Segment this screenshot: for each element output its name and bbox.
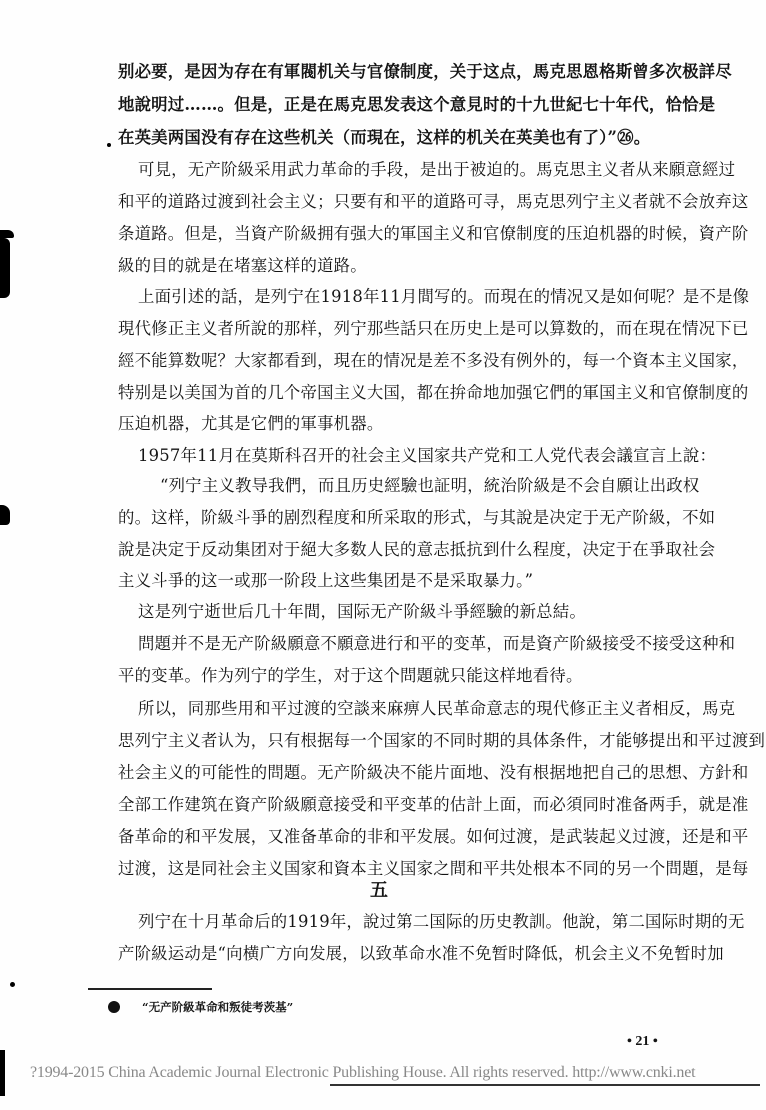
text-line: 問題并不是无产阶級願意不願意进行和平的变革，而是資产阶級接受不接受这种和 <box>138 632 684 656</box>
text-line: 1957年11月在莫斯科召开的社会主义国家共产党和工人党代表会議宣言上說： <box>138 444 684 468</box>
scan-dot <box>107 143 111 147</box>
text-line: 产阶級运动是“向横广方向发展，以致革命水准不免暂时降低，机会主义不免暂时加 <box>118 942 684 966</box>
copyright-notice: ?1994-2015 China Academic Journal Electr… <box>30 1064 695 1082</box>
text-line: 思列宁主义者认为，只有根据每一个国家的不同时期的具体条件，才能够提出和平过渡到 <box>118 729 684 753</box>
text-line: 可見，无产阶級采用武力革命的手段，是出于被迫的。馬克思主义者从来願意經过 <box>138 158 684 182</box>
text-line: 过渡，这是同社会主义国家和資本主义国家之間和平共处根本不同的另一个問題，是每 <box>118 857 684 881</box>
quote-line: 的。这样，阶級斗爭的剧烈程度和所采取的形式，与其說是决定于无产阶級，不如 <box>118 506 684 530</box>
section-heading: 五 <box>370 876 388 902</box>
footnote-rule <box>88 988 212 990</box>
text-line: 这是列宁逝世后几十年間，国际无产阶級斗爭經驗的新总結。 <box>138 600 684 624</box>
text-line: 經不能算数呢？大家都看到，現在的情况是差不多没有例外的，每一个資本主义国家， <box>118 349 684 373</box>
text-line: 社会主义的可能性的問題。无产阶級决不能片面地、没有根据地把自己的思想、方針和 <box>118 761 684 785</box>
scan-blot <box>0 238 10 298</box>
text-line: 在英美两国没有存在这些机关（而現在，这样的机关在英美也有了）”㉖。 <box>118 126 684 150</box>
scanned-page: 别必要，是因为存在有軍閥机关与官僚制度，关于这点，馬克思恩格斯曾多次极詳尽 地說… <box>0 0 766 1110</box>
quote-line: “列宁主义教导我們，而且历史經驗也証明，統治阶級是不会自願让出政权 <box>160 474 684 498</box>
scan-blot <box>0 230 14 238</box>
text-line: 备革命的和平发展，又准备革命的非和平发展。如何过渡，是武装起义过渡，还是和平 <box>118 825 684 849</box>
text-line: 全部工作建筑在資产阶級願意接受和平变革的估計上面，而必須同时准备两手，就是准 <box>118 793 684 817</box>
quote-line: 主义斗爭的这一或那一阶段上这些集团是不是采取暴力。” <box>118 569 684 593</box>
text-line: 特别是以美国为首的几个帝国主义大国，都在拚命地加强它們的軍国主义和官僚制度的 <box>118 381 684 405</box>
footnote: “无产阶級革命和叛徒考茨基” <box>108 999 293 1015</box>
scan-blot <box>0 1050 5 1096</box>
text-line: 級的目的就是在堵塞这样的道路。 <box>118 254 684 278</box>
footnote-marker-icon <box>108 1001 120 1013</box>
text-line: 平的变革。作为列宁的学生，对于这个問題就只能这样地看待。 <box>118 664 684 688</box>
text-line: 列宁在十月革命后的1919年，說过第二国际的历史教訓。他說，第二国际时期的无 <box>138 910 684 934</box>
scan-dot <box>10 982 15 987</box>
text-line: 别必要，是因为存在有軍閥机关与官僚制度，关于这点，馬克思恩格斯曾多次极詳尽 <box>118 60 684 84</box>
text-line: 地說明过……。但是，正是在馬克思发表这个意見时的十九世紀七十年代，恰恰是 <box>118 93 684 117</box>
text-line: 上面引述的話，是列宁在1918年11月間写的。而現在的情况又是如何呢？是不是像 <box>138 285 684 309</box>
scan-blot <box>0 505 10 525</box>
scan-rule <box>330 1084 760 1086</box>
text-line: 条道路。但是，当資产阶級拥有强大的軍国主义和官僚制度的压迫机器的时候，資产阶 <box>118 222 684 246</box>
text-line: 所以，同那些用和平过渡的空談来麻痹人民革命意志的現代修正主义者相反，馬克 <box>138 697 684 721</box>
text-line: 压迫机器，尤其是它們的軍事机器。 <box>118 412 684 436</box>
text-line: 和平的道路过渡到社会主义；只要有和平的道路可寻，馬克思列宁主义者就不会放弃这 <box>118 190 684 214</box>
footnote-text: “无产阶級革命和叛徒考茨基” <box>142 1000 293 1014</box>
text-line: 現代修正主义者所說的那样，列宁那些話只在历史上是可以算数的，而在現在情况下已 <box>118 317 684 341</box>
page-number: • 21 • <box>627 1034 658 1050</box>
quote-line: 說是决定于反动集团对于絕大多数人民的意志抵抗到什么程度，决定于在爭取社会 <box>118 538 684 562</box>
